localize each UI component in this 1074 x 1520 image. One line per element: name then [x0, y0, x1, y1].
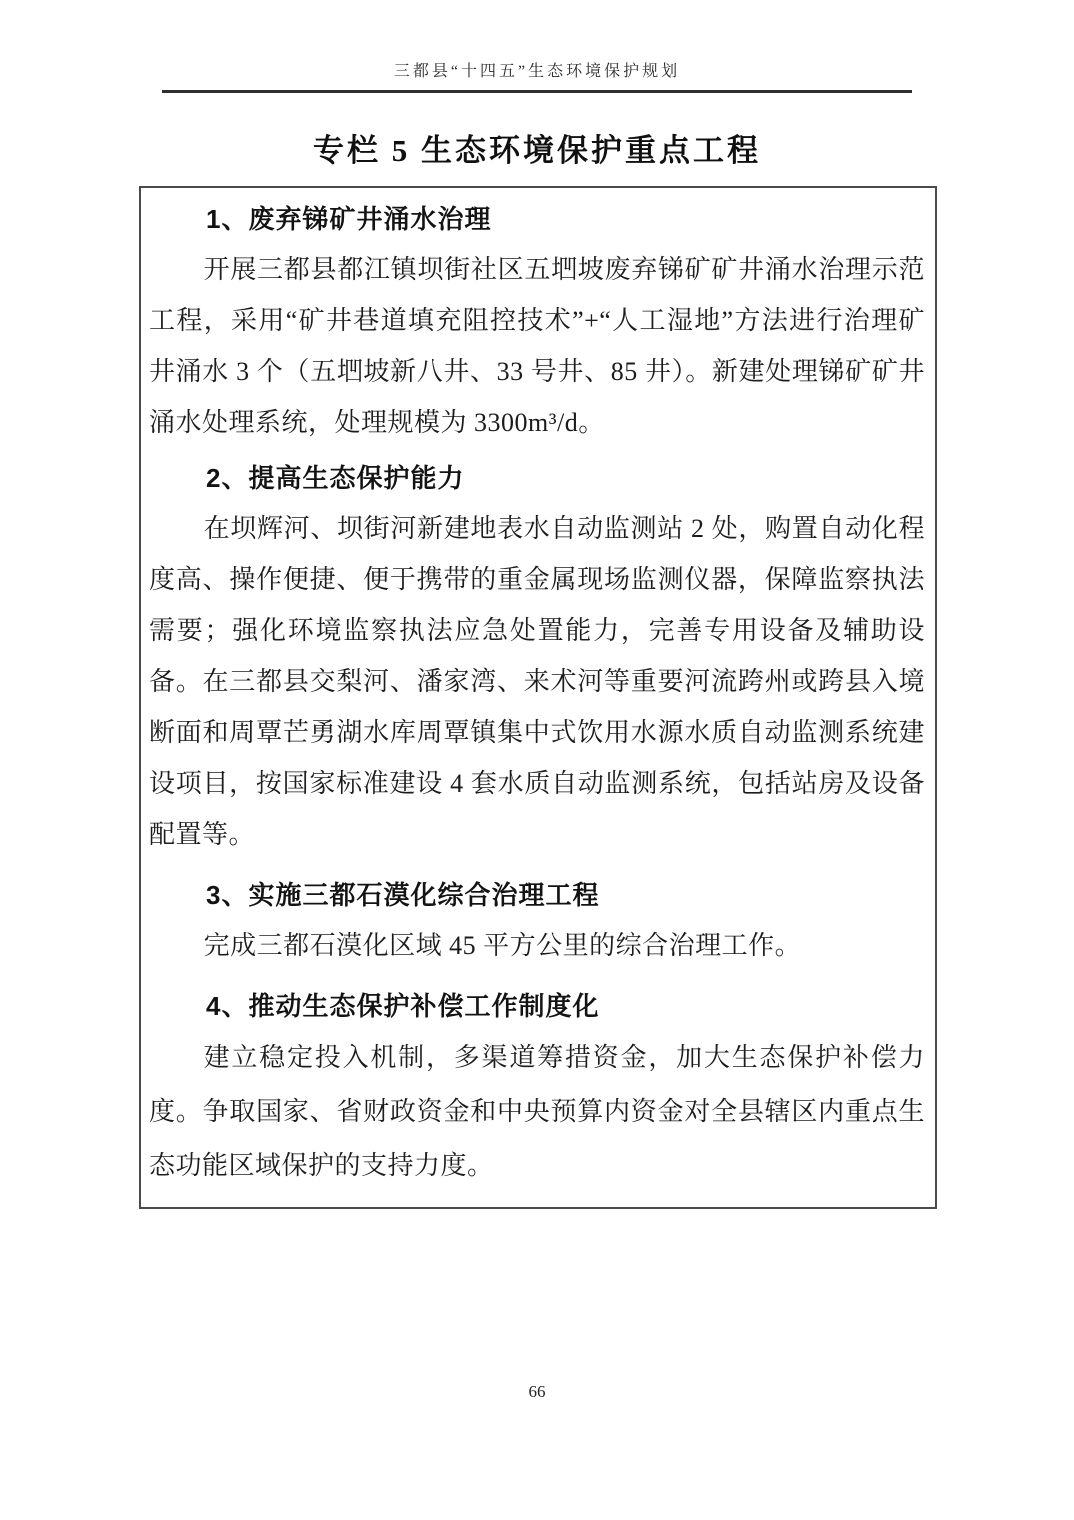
section-3-heading: 3、实施三都石漠化综合治理工程 [206, 878, 925, 912]
section-4-heading: 4、推动生态保护补偿工作制度化 [206, 989, 925, 1023]
box-section-2: 2、提高生态保护能力 在坝辉河、坝街河新建地表水自动监测站 2 处，购置自动化程… [149, 461, 925, 860]
project-box: 1、废弃锑矿井涌水治理 开展三都县都江镇坝街社区五垇坡废弃锑矿矿井涌水治理示范工… [139, 186, 937, 1209]
header-rule [162, 90, 912, 93]
page-number: 66 [0, 1382, 1074, 1402]
section-3-paragraph: 完成三都石漠化区域 45 平方公里的综合治理工作。 [149, 920, 925, 971]
document-page: 三都县“十四五”生态环境保护规划 专栏 5 生态环境保护重点工程 1、废弃锑矿井… [0, 0, 1074, 1520]
section-2-heading: 2、提高生态保护能力 [206, 461, 925, 495]
section-2-paragraph: 在坝辉河、坝街河新建地表水自动监测站 2 处，购置自动化程度高、操作便捷、便于携… [149, 503, 925, 860]
running-header: 三都县“十四五”生态环境保护规划 [0, 0, 1074, 82]
page-title: 专栏 5 生态环境保护重点工程 [0, 125, 1074, 170]
box-section-3: 3、实施三都石漠化综合治理工程 完成三都石漠化区域 45 平方公里的综合治理工作… [149, 878, 925, 971]
box-section-1: 1、废弃锑矿井涌水治理 开展三都县都江镇坝街社区五垇坡废弃锑矿矿井涌水治理示范工… [149, 202, 925, 448]
section-1-heading: 1、废弃锑矿井涌水治理 [206, 202, 925, 236]
section-4-paragraph: 建立稳定投入机制，多渠道筹措资金，加大生态保护补偿力度。争取国家、省财政资金和中… [149, 1031, 925, 1193]
box-section-4: 4、推动生态保护补偿工作制度化 建立稳定投入机制，多渠道筹措资金，加大生态保护补… [149, 989, 925, 1193]
section-1-paragraph: 开展三都县都江镇坝街社区五垇坡废弃锑矿矿井涌水治理示范工程，采用“矿井巷道填充阻… [149, 244, 925, 448]
